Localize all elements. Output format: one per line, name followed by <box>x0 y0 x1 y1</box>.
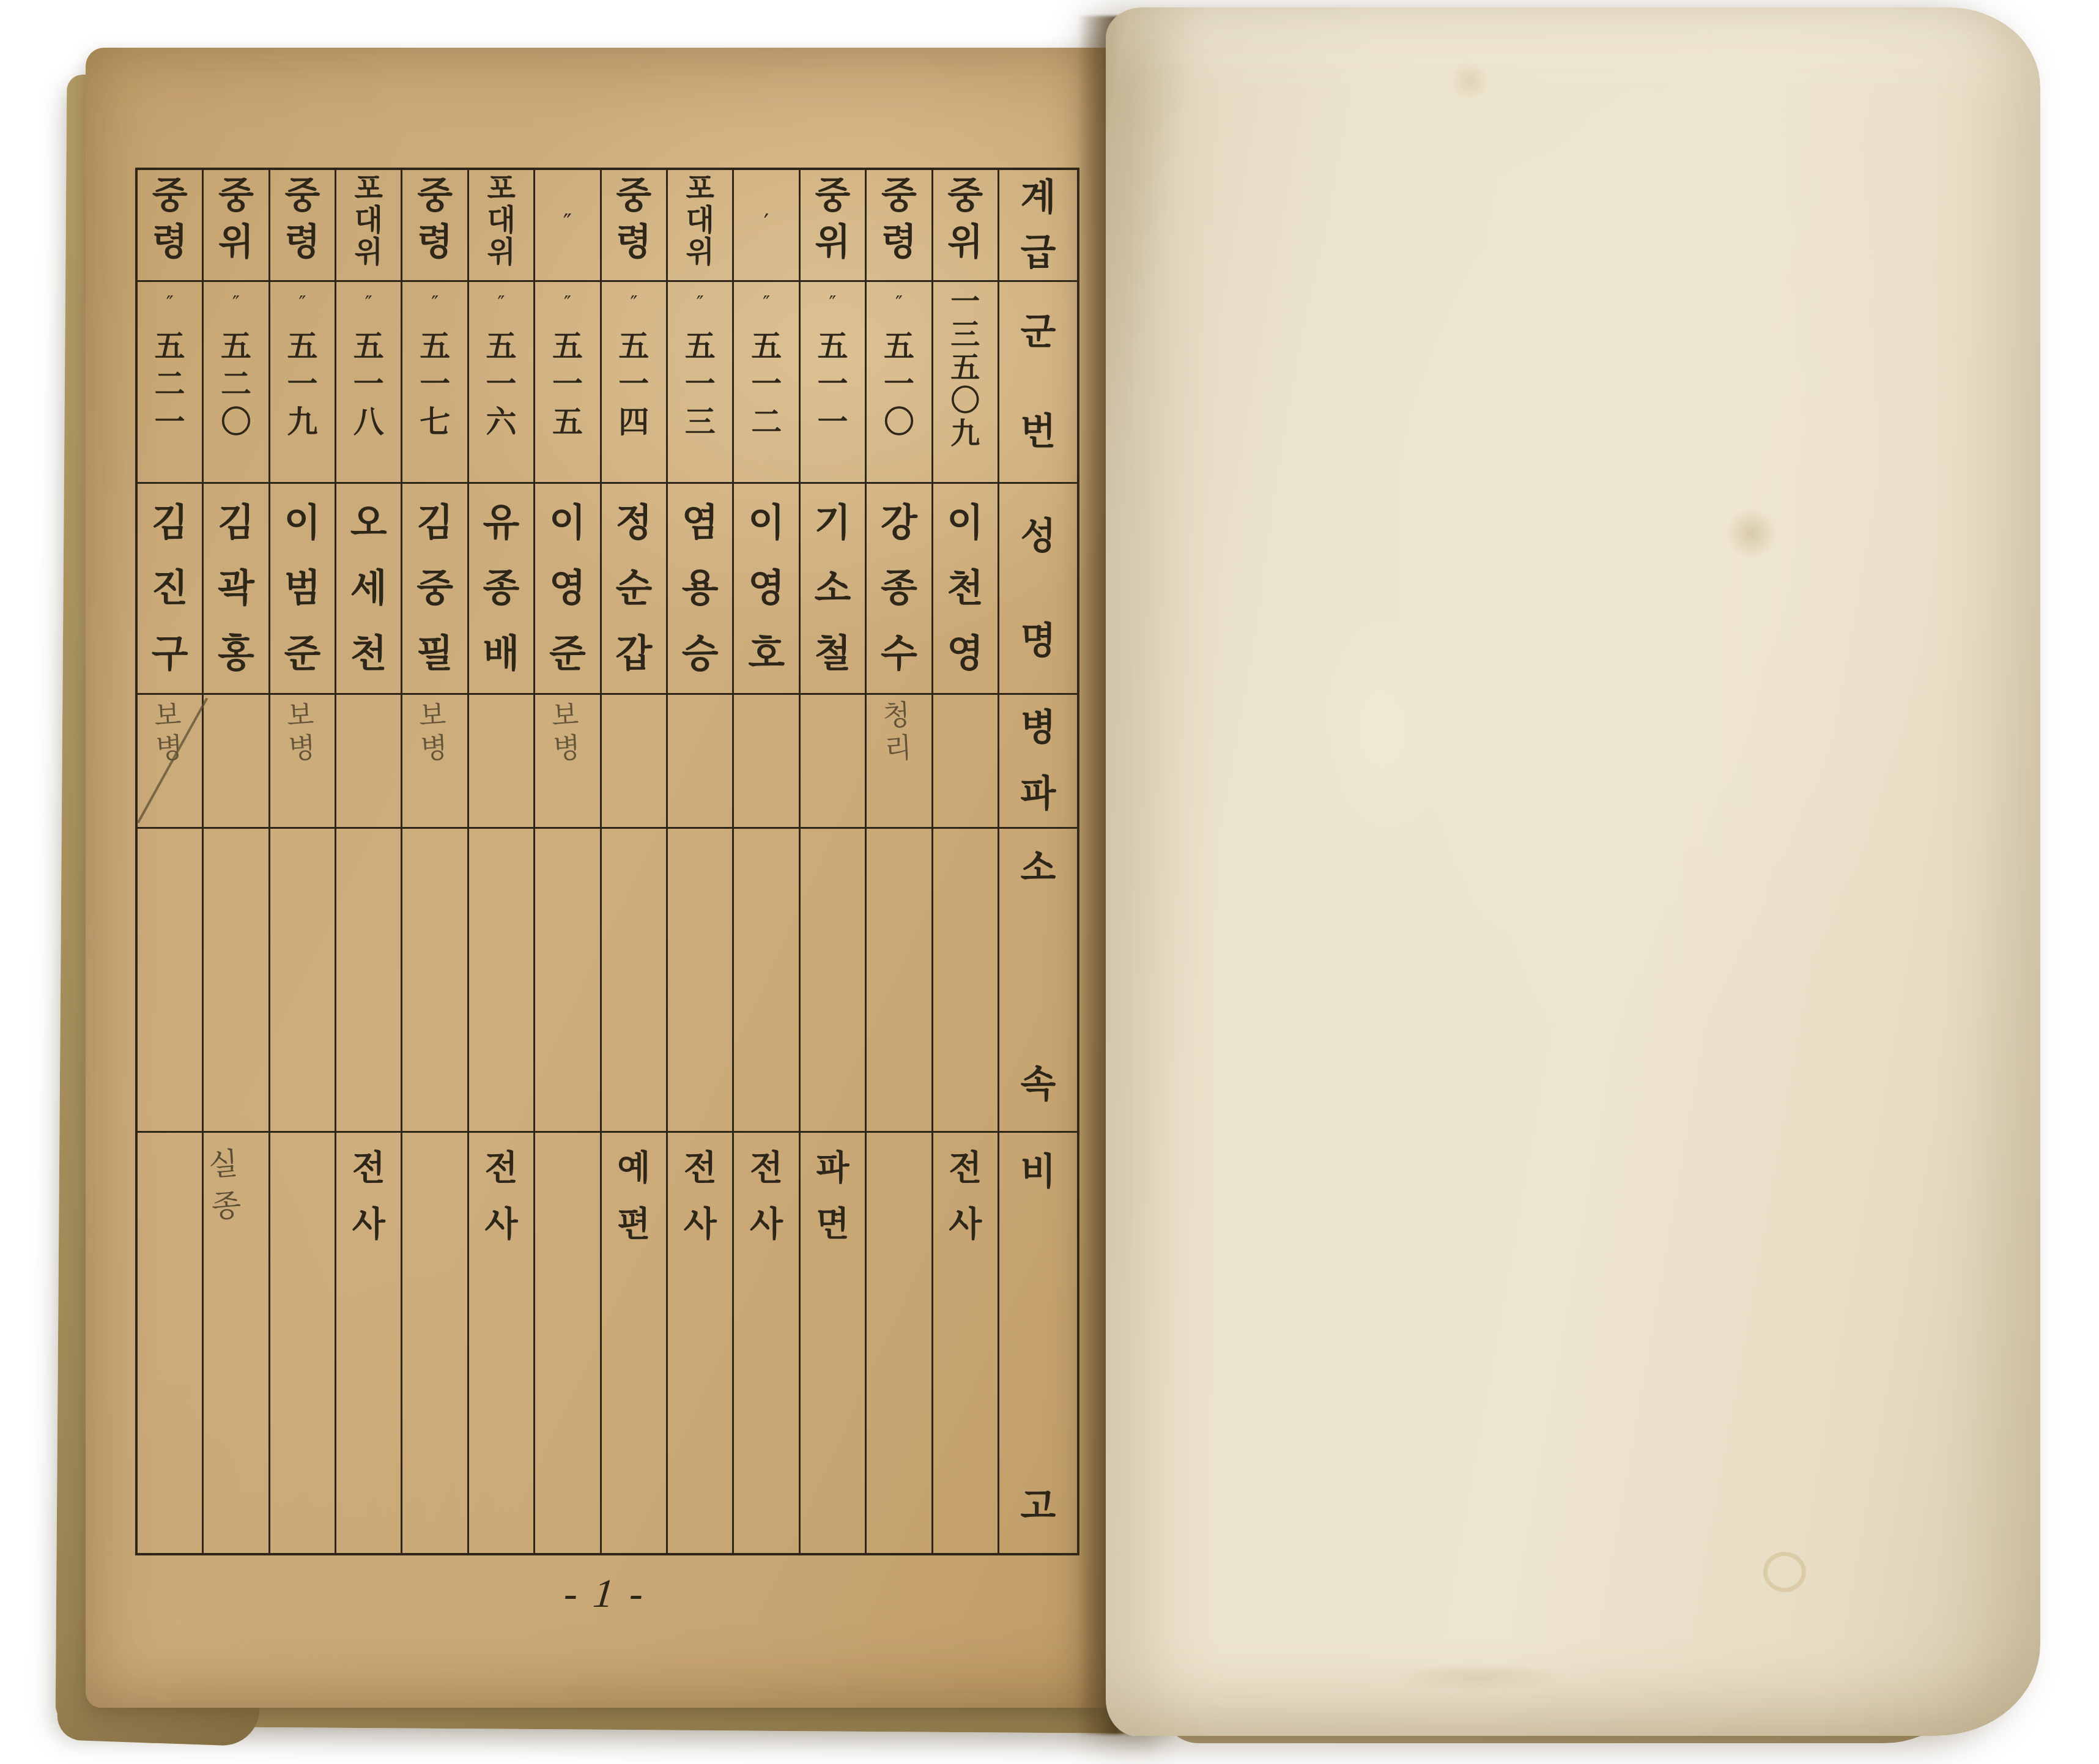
assignment-cell <box>602 829 666 1133</box>
branch-handwritten-note: 청리 <box>864 693 935 828</box>
assignment-cell <box>402 829 467 1133</box>
rank-text: 포대위 <box>336 170 401 280</box>
name-text: 강종수 <box>867 484 931 693</box>
remarks-cell: 실종 <box>204 1133 268 1553</box>
rank-cell: 중령 <box>867 170 931 282</box>
rank-cell: ′ <box>734 170 798 282</box>
book-photo: 계급군번성명병파소속비고중위一三五〇九이천영전사중령″五一〇강종수청리중위″五一… <box>0 0 2099 1764</box>
right-blank-page <box>1106 7 2040 1736</box>
paper-stain <box>1369 1659 1589 1695</box>
rank-cell: 중령 <box>270 170 335 282</box>
branch-cell: 보병 <box>535 695 599 829</box>
name-cell: 이범준 <box>270 484 335 695</box>
remarks-cell: 전사 <box>933 1133 998 1553</box>
rank-cell: 포대위 <box>469 170 533 282</box>
service-number-cell: ″五一六 <box>469 282 533 484</box>
number-ditto-mark: ″ <box>498 293 505 313</box>
roster-column-11: 중령″五一九이범준보병 <box>268 170 335 1553</box>
rank-cell: 중령 <box>138 170 202 282</box>
header-cell-0: 계급 <box>999 170 1077 282</box>
rank-text: 중령 <box>270 170 335 280</box>
roster-column-9: 중령″五一七김중필보병 <box>401 170 467 1553</box>
roster-column-7: ″″五一五이영준보병 <box>533 170 599 1553</box>
service-number-cell: ″五一七 <box>402 282 467 484</box>
rank-cell: 중위 <box>204 170 268 282</box>
rank-cell: 중령 <box>602 170 666 282</box>
remarks-cell: 전사 <box>668 1133 732 1553</box>
rank-text: 중령 <box>867 170 931 280</box>
rank-text: 포대위 <box>668 170 732 280</box>
header-column: 계급군번성명병파소속비고 <box>998 170 1077 1553</box>
header-cell-4: 소속 <box>999 829 1077 1133</box>
rank-cell: 중위 <box>933 170 998 282</box>
branch-handwritten-note: 보병 <box>532 693 604 828</box>
paper-stain <box>1723 509 1779 558</box>
number-ditto-mark: ″ <box>697 293 704 313</box>
remarks-cell: 전사 <box>336 1133 401 1553</box>
name-cell: 염용승 <box>668 484 732 695</box>
name-text: 김중필 <box>402 484 467 693</box>
assignment-cell <box>933 829 998 1133</box>
header-label: 소속 <box>999 829 1077 1131</box>
name-cell: 김중필 <box>402 484 467 695</box>
service-number-text: ″五一五 <box>535 282 599 482</box>
rank-text: 중위 <box>933 170 998 280</box>
roster-column-1: 중위一三五〇九이천영전사 <box>931 170 998 1553</box>
service-number-cell: ″五二一 <box>138 282 202 484</box>
service-number-cell: ″五一四 <box>602 282 666 484</box>
rank-ditto-mark: ″ <box>535 170 599 280</box>
assignment-cell <box>204 829 268 1133</box>
branch-cell <box>801 695 865 829</box>
number-ditto-mark: ″ <box>298 293 306 313</box>
header-label: 성명 <box>999 484 1077 693</box>
paper-stain-ring <box>1763 1552 1806 1592</box>
roster-column-2: 중령″五一〇강종수청리 <box>865 170 931 1553</box>
name-cell: 이영호 <box>734 484 798 695</box>
service-number-text: ″五一八 <box>336 282 401 482</box>
service-number-cell: ″五一一 <box>801 282 865 484</box>
name-text: 이천영 <box>933 484 998 693</box>
rank-ditto-mark: ′ <box>734 170 798 280</box>
header-cell-1: 군번 <box>999 282 1077 484</box>
service-number-cell: ″五一〇 <box>867 282 931 484</box>
name-text: 오세천 <box>336 484 401 693</box>
assignment-cell <box>469 829 533 1133</box>
service-number-text: ″五一〇 <box>867 282 931 482</box>
name-text: 정순갑 <box>602 484 666 693</box>
roster-column-12: 중위″五二〇김곽홍실종 <box>202 170 268 1553</box>
service-number-text: ″五一七 <box>402 282 467 482</box>
header-cell-2: 성명 <box>999 484 1077 695</box>
roster-column-4: ′″五一二이영호전사 <box>732 170 798 1553</box>
header-label: 계급 <box>999 170 1077 280</box>
page-number-label: -1- <box>426 1571 798 1617</box>
branch-cell <box>469 695 533 829</box>
branch-cell: 보병 <box>270 695 335 829</box>
remarks-cell <box>402 1133 467 1553</box>
branch-cell <box>668 695 732 829</box>
remarks-cell: 예편 <box>602 1133 666 1553</box>
service-number-cell: ″五一五 <box>535 282 599 484</box>
roster-column-8: 포대위″五一六유종배전사 <box>467 170 533 1553</box>
roster-column-3: 중위″五一一기소철파면 <box>799 170 865 1553</box>
name-text: 김곽홍 <box>204 484 268 693</box>
header-label: 군번 <box>999 282 1077 482</box>
number-ditto-mark: ″ <box>763 293 770 313</box>
service-number-text: ″五一六 <box>469 282 533 482</box>
assignment-cell <box>668 829 732 1133</box>
service-number-cell: 一三五〇九 <box>933 282 998 484</box>
service-number-cell: ″五一三 <box>668 282 732 484</box>
name-cell: 유종배 <box>469 484 533 695</box>
name-text: 염용승 <box>668 484 732 693</box>
service-number-text: ″五一二 <box>734 282 798 482</box>
remark-text: 전사 <box>933 1133 998 1553</box>
header-label: 비고 <box>999 1133 1077 1553</box>
roster-column-5: 포대위″五一三염용승전사 <box>666 170 732 1553</box>
branch-handwritten-note: 보병 <box>399 693 471 828</box>
service-number-text: 一三五〇九 <box>933 282 998 482</box>
rank-text: 중령 <box>138 170 202 280</box>
branch-handwritten-note: 보병 <box>134 693 205 828</box>
number-ditto-mark: ″ <box>166 293 174 313</box>
paper-stain <box>1448 62 1491 99</box>
branch-handwritten-note: 보병 <box>267 693 338 828</box>
remark-text: 전사 <box>668 1133 732 1553</box>
number-ditto-mark: ″ <box>431 293 439 313</box>
service-number-text: ″五一四 <box>602 282 666 482</box>
service-number-text: ″五一一 <box>801 282 865 482</box>
number-ditto-mark: ″ <box>232 293 240 313</box>
name-text: 유종배 <box>469 484 533 693</box>
name-text: 이영호 <box>734 484 798 693</box>
name-text: 이범준 <box>270 484 335 693</box>
roster-table: 계급군번성명병파소속비고중위一三五〇九이천영전사중령″五一〇강종수청리중위″五一… <box>135 168 1079 1555</box>
name-cell: 정순갑 <box>602 484 666 695</box>
remarks-cell: 전사 <box>734 1133 798 1553</box>
service-number-text: ″五二〇 <box>204 282 268 482</box>
assignment-cell <box>801 829 865 1133</box>
remarks-cell: 전사 <box>469 1133 533 1553</box>
name-cell: 김곽홍 <box>204 484 268 695</box>
name-cell: 기소철 <box>801 484 865 695</box>
remark-text: 전사 <box>469 1133 533 1553</box>
remarks-cell <box>867 1133 931 1553</box>
remark-text: 예편 <box>602 1133 666 1553</box>
header-cell-5: 비고 <box>999 1133 1077 1553</box>
rank-cell: ″ <box>535 170 599 282</box>
branch-cell <box>734 695 798 829</box>
service-number-cell: ″五一九 <box>270 282 335 484</box>
number-ditto-mark: ″ <box>365 293 372 313</box>
header-label: 병파 <box>999 695 1077 827</box>
branch-cell <box>336 695 401 829</box>
name-text: 이영준 <box>535 484 599 693</box>
service-number-cell: ″五二〇 <box>204 282 268 484</box>
name-cell: 이천영 <box>933 484 998 695</box>
rank-cell: 포대위 <box>668 170 732 282</box>
roster-column-10: 포대위″五一八오세천전사 <box>335 170 401 1553</box>
remark-text: 전사 <box>734 1133 798 1553</box>
service-number-cell: ″五一二 <box>734 282 798 484</box>
service-number-text: ″五一九 <box>270 282 335 482</box>
name-cell: 이영준 <box>535 484 599 695</box>
branch-cell <box>204 695 268 829</box>
branch-cell <box>933 695 998 829</box>
assignment-cell <box>336 829 401 1133</box>
service-number-text: ″五一三 <box>668 282 732 482</box>
rank-cell: 포대위 <box>336 170 401 282</box>
name-cell: 김진구 <box>138 484 202 695</box>
rank-text: 중위 <box>204 170 268 280</box>
name-text: 김진구 <box>138 484 202 693</box>
rank-cell: 중령 <box>402 170 467 282</box>
assignment-cell <box>270 829 335 1133</box>
paper-highlight <box>1289 576 1473 882</box>
rank-text: 중령 <box>602 170 666 280</box>
remark-text: 파면 <box>801 1133 865 1553</box>
rank-text: 중위 <box>801 170 865 280</box>
assignment-cell <box>138 829 202 1133</box>
branch-cell: 보병 <box>402 695 467 829</box>
remark-text: 전사 <box>336 1133 401 1553</box>
name-text: 기소철 <box>801 484 865 693</box>
rank-text: 포대위 <box>469 170 533 280</box>
remarks-cell: 파면 <box>801 1133 865 1553</box>
service-number-cell: ″五一八 <box>336 282 401 484</box>
service-number-text: ″五二一 <box>138 282 202 482</box>
assignment-cell <box>535 829 599 1133</box>
branch-cell <box>602 695 666 829</box>
rank-cell: 중위 <box>801 170 865 282</box>
assignment-cell <box>734 829 798 1133</box>
branch-cell: 보병 <box>138 695 202 829</box>
name-cell: 강종수 <box>867 484 931 695</box>
left-page: 계급군번성명병파소속비고중위一三五〇九이천영전사중령″五一〇강종수청리중위″五一… <box>86 48 1153 1708</box>
assignment-cell <box>867 829 931 1133</box>
name-cell: 오세천 <box>336 484 401 695</box>
remarks-cell <box>270 1133 335 1553</box>
branch-cell: 청리 <box>867 695 931 829</box>
remarks-cell <box>138 1133 202 1553</box>
remarks-cell <box>535 1133 599 1553</box>
number-ditto-mark: ″ <box>564 293 571 313</box>
header-cell-3: 병파 <box>999 695 1077 829</box>
number-ditto-mark: ″ <box>829 293 837 313</box>
roster-column-6: 중령″五一四정순갑예편 <box>600 170 666 1553</box>
number-ditto-mark: ″ <box>630 293 637 313</box>
rank-text: 중령 <box>402 170 467 280</box>
number-ditto-mark: ″ <box>895 293 903 313</box>
roster-column-13: 중령″五二一김진구보병 <box>138 170 202 1553</box>
